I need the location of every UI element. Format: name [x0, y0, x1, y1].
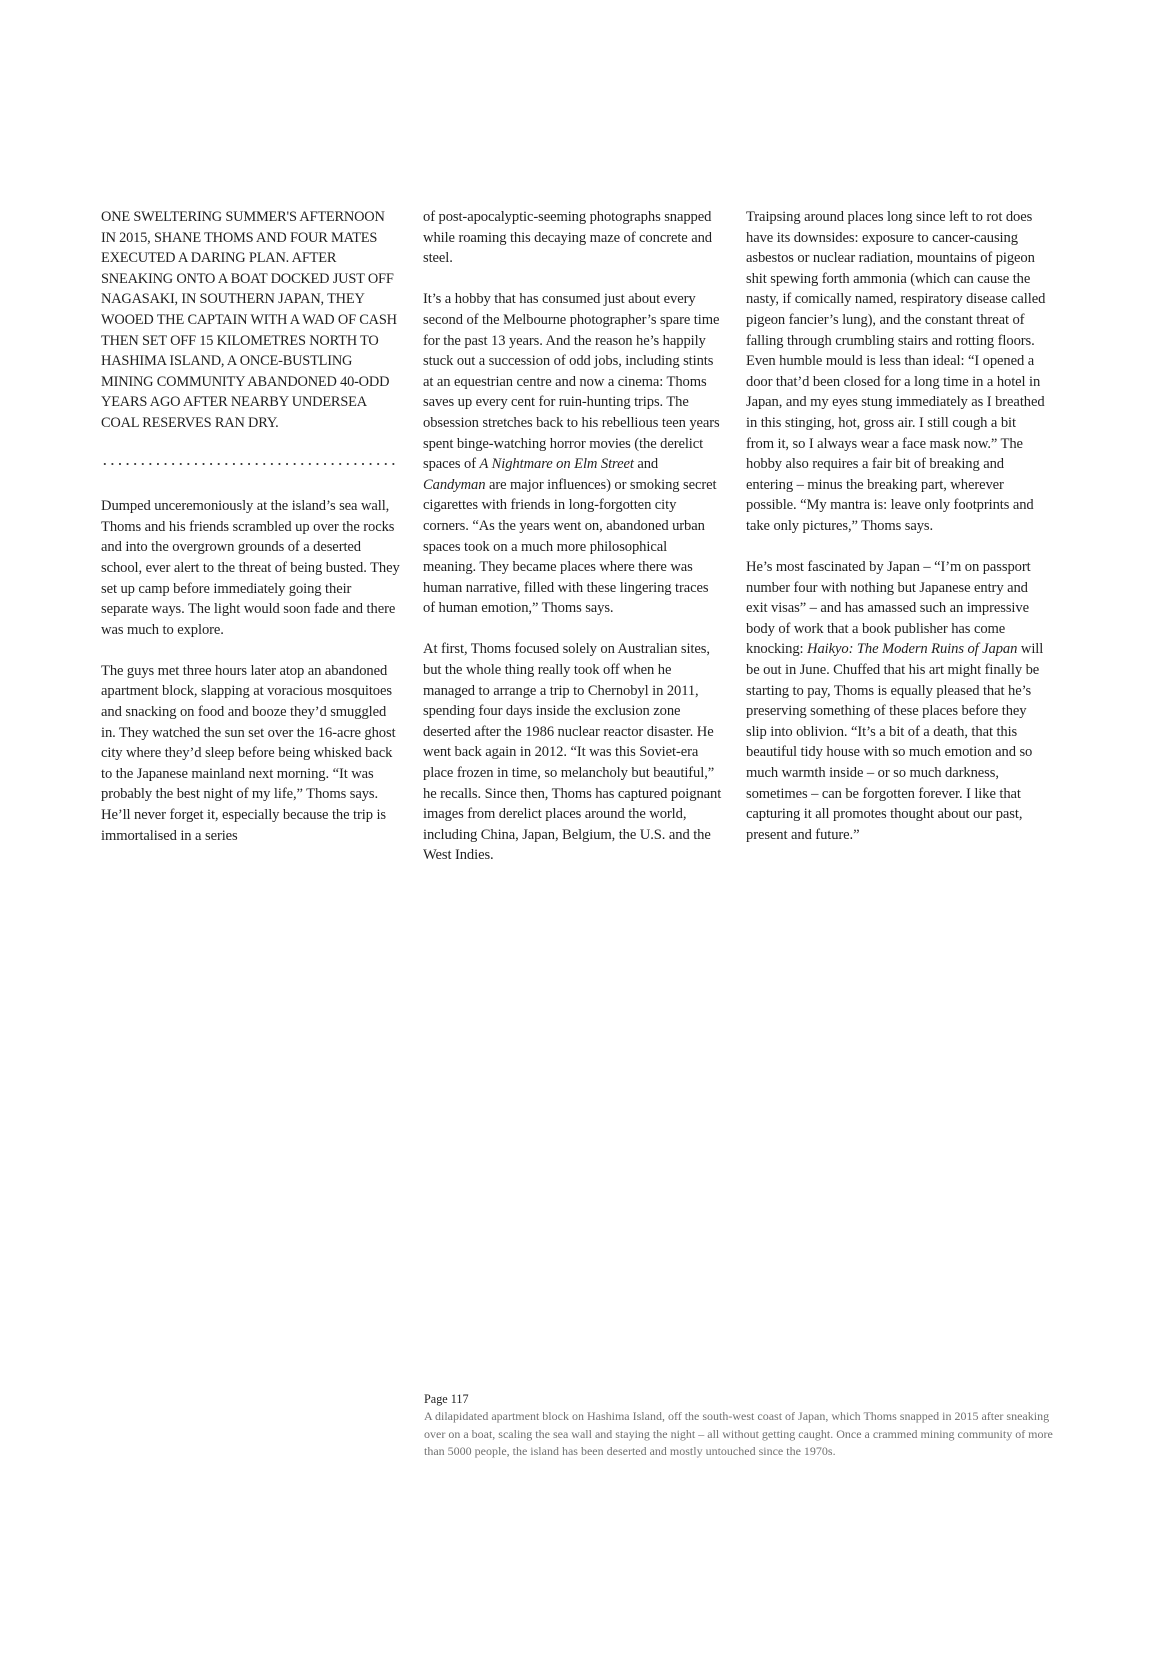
article-paragraph: Traipsing around places long since left …: [746, 207, 1046, 537]
article-paragraph: Dumped unceremoniously at the island’s s…: [101, 496, 401, 640]
article-column-2: of post-apocalyptic-seeming photographs …: [423, 207, 723, 887]
text-run: will be out in June. Chuffed that his ar…: [746, 641, 1043, 842]
caption-text: A dilapidated apartment block on Hashima…: [424, 1409, 1053, 1458]
text-run: are major influences) or smoking secret …: [423, 477, 716, 617]
text-run: and: [634, 456, 658, 472]
photo-caption: Page 117 A dilapidated apartment block o…: [424, 1391, 1064, 1461]
article-paragraph: of post-apocalyptic-seeming photographs …: [423, 207, 723, 269]
article-intro: One sweltering summer's afternoon in 201…: [101, 207, 401, 434]
article-paragraph: It’s a hobby that has consumed just abou…: [423, 289, 723, 619]
film-title: Candyman: [423, 477, 485, 493]
article-column-1: One sweltering summer's afternoon in 201…: [101, 207, 401, 867]
film-title: A Nightmare on Elm Street: [480, 456, 634, 472]
dotted-divider: [101, 454, 397, 474]
article-column-3: Traipsing around places long since left …: [746, 207, 1046, 866]
article-paragraph: He’s most fascinated by Japan – “I’m on …: [746, 557, 1046, 845]
page-reference: Page 117: [424, 1391, 1064, 1408]
article-paragraph: The guys met three hours later atop an a…: [101, 661, 401, 846]
text-run: It’s a hobby that has consumed just abou…: [423, 291, 720, 472]
book-title: Haikyo: The Modern Ruins of Japan: [807, 641, 1017, 657]
article-paragraph: At first, Thoms focused solely on Austra…: [423, 639, 723, 866]
